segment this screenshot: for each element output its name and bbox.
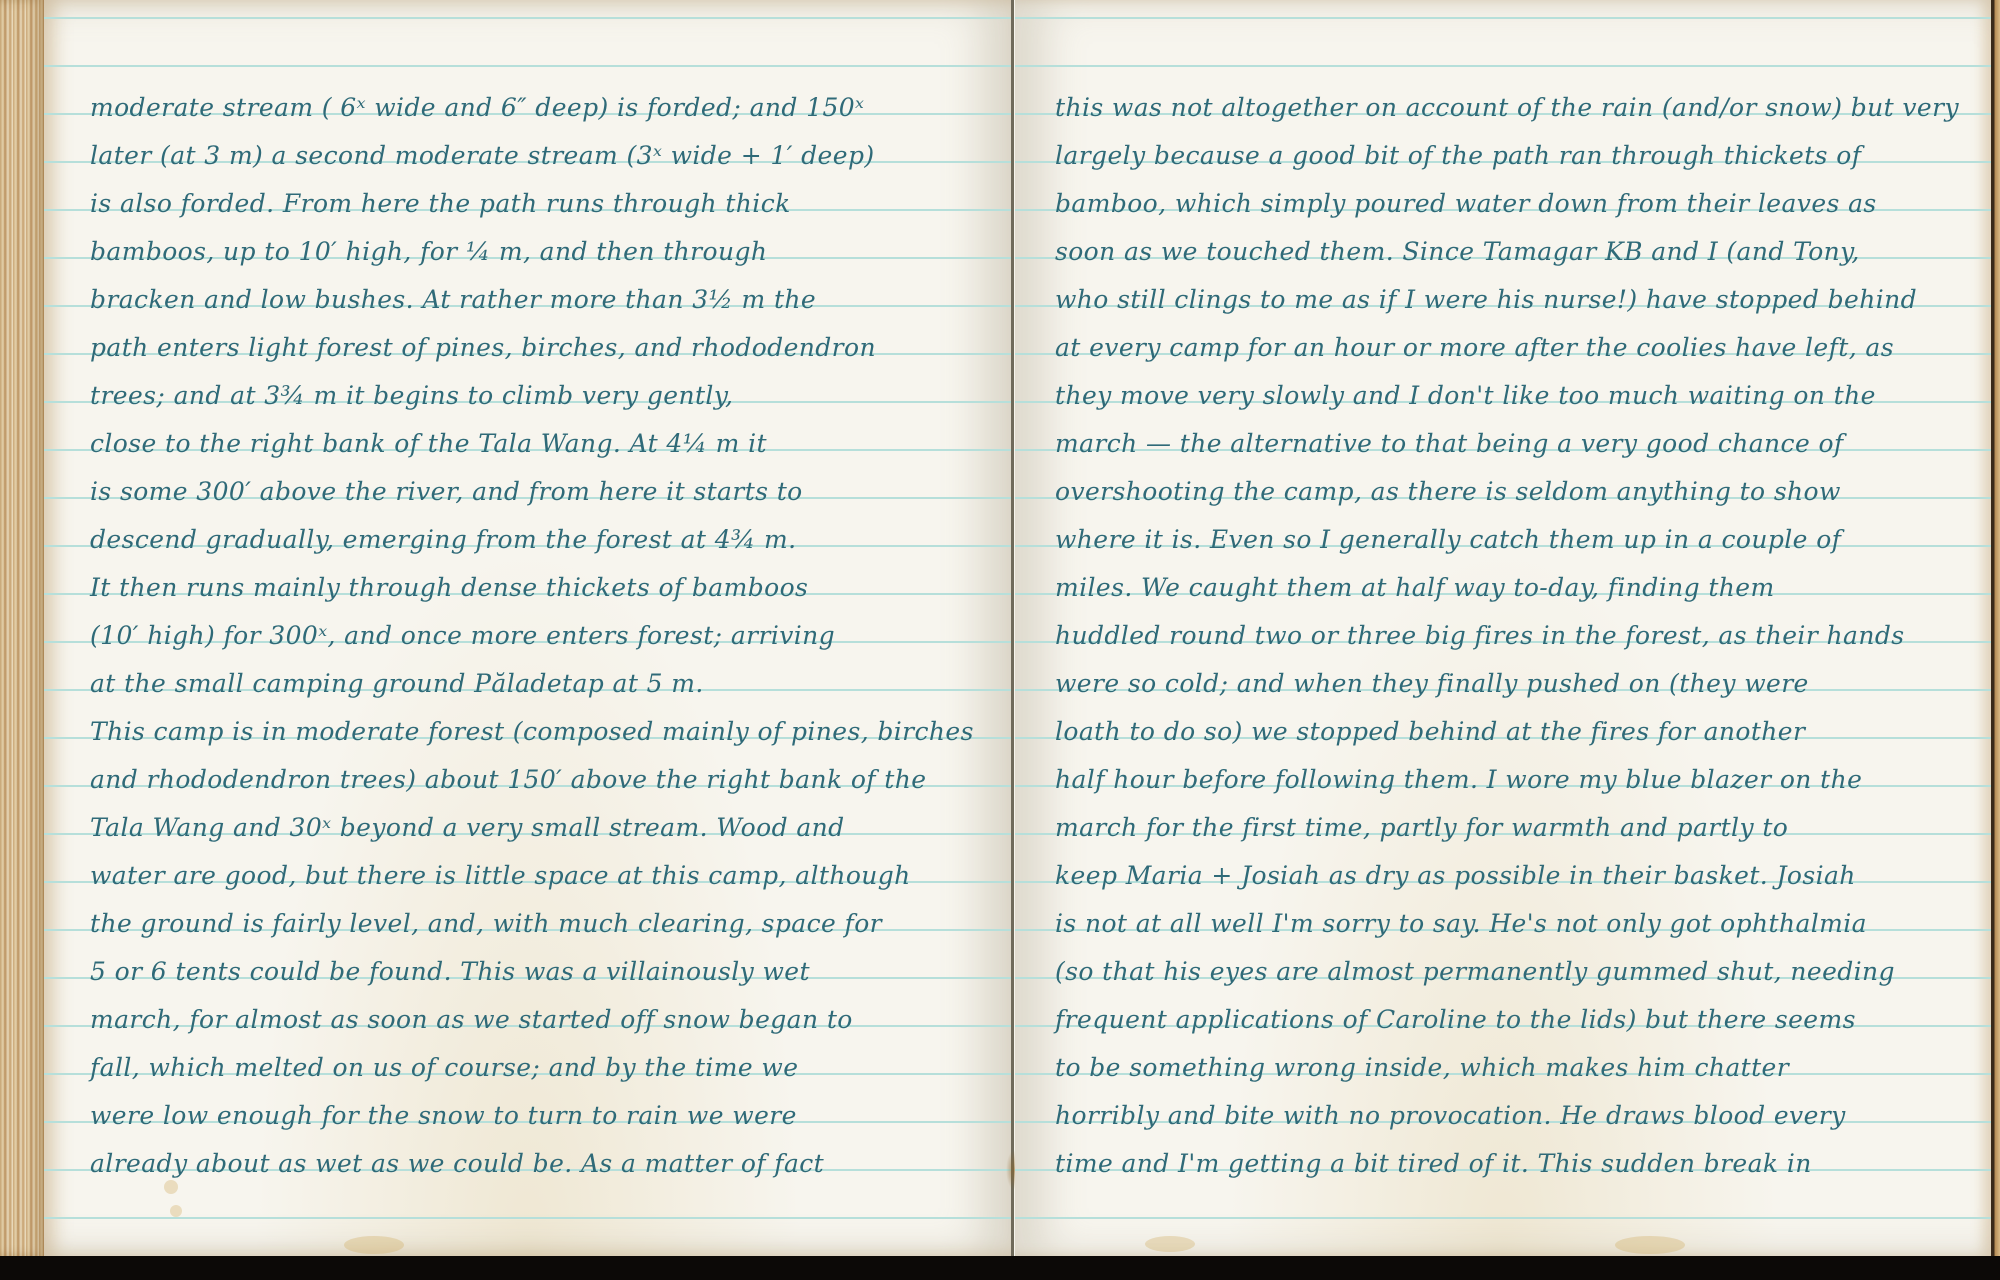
text-line: who still clings to me as if I were his … xyxy=(1055,276,1980,324)
text-line: miles. We caught them at half way to-day… xyxy=(1055,564,1980,612)
right-page-text: this was not altogether on account of th… xyxy=(1055,84,1980,1188)
text-line: largely because a good bit of the path r… xyxy=(1055,132,1980,180)
text-line: time and I'm getting a bit tired of it. … xyxy=(1055,1140,1980,1188)
text-line: to be something wrong inside, which make… xyxy=(1055,1044,1980,1092)
text-line: frequent applications of Caroline to the… xyxy=(1055,996,1980,1044)
left-page: moderate stream ( 6ˣ wide and 6″ deep) i… xyxy=(44,0,1012,1256)
text-line: is some 300′ above the river, and from h… xyxy=(90,468,990,516)
text-line: were so cold; and when they finally push… xyxy=(1055,660,1980,708)
text-line: This camp is in moderate forest (compose… xyxy=(90,708,990,756)
paper-stain xyxy=(1615,1236,1685,1254)
text-line: the ground is fairly level, and, with mu… xyxy=(90,900,990,948)
text-line: at the small camping ground Păladetap at… xyxy=(90,660,990,708)
text-line: (10′ high) for 300ˣ, and once more enter… xyxy=(90,612,990,660)
text-line: soon as we touched them. Since Tamagar K… xyxy=(1055,228,1980,276)
text-line: march — the alternative to that being a … xyxy=(1055,420,1980,468)
text-line: later (at 3 m) a second moderate stream … xyxy=(90,132,990,180)
paper-stain xyxy=(170,1205,182,1217)
text-line: overshooting the camp, as there is seldo… xyxy=(1055,468,1980,516)
cover-edge xyxy=(1991,0,2000,1256)
text-line: water are good, but there is little spac… xyxy=(90,852,990,900)
text-line: close to the right bank of the Tala Wang… xyxy=(90,420,990,468)
text-line: they move very slowly and I don't like t… xyxy=(1055,372,1980,420)
text-line: trees; and at 3¾ m it begins to climb ve… xyxy=(90,372,990,420)
text-line: this was not altogether on account of th… xyxy=(1055,84,1980,132)
text-line: were low enough for the snow to turn to … xyxy=(90,1092,990,1140)
text-line: where it is. Even so I generally catch t… xyxy=(1055,516,1980,564)
text-line: 5 or 6 tents could be found. This was a … xyxy=(90,948,990,996)
background-surface xyxy=(0,1256,2000,1280)
text-line: bamboo, which simply poured water down f… xyxy=(1055,180,1980,228)
text-line: half hour before following them. I wore … xyxy=(1055,756,1980,804)
gutter-crease xyxy=(1011,0,1014,1256)
text-line: horribly and bite with no provocation. H… xyxy=(1055,1092,1980,1140)
text-line: fall, which melted on us of course; and … xyxy=(90,1044,990,1092)
text-line: march, for almost as soon as we started … xyxy=(90,996,990,1044)
text-line: is also forded. From here the path runs … xyxy=(90,180,990,228)
text-line: huddled round two or three big fires in … xyxy=(1055,612,1980,660)
text-line: and rhododendron trees) about 150′ above… xyxy=(90,756,990,804)
right-page: this was not altogether on account of th… xyxy=(1015,0,1991,1256)
text-line: bamboos, up to 10′ high, for ¼ m, and th… xyxy=(90,228,990,276)
page-edge-stack xyxy=(0,0,44,1256)
text-line: Tala Wang and 30ˣ beyond a very small st… xyxy=(90,804,990,852)
text-line: descend gradually, emerging from the for… xyxy=(90,516,990,564)
text-line: at every camp for an hour or more after … xyxy=(1055,324,1980,372)
text-line: (so that his eyes are almost permanently… xyxy=(1055,948,1980,996)
left-page-text: moderate stream ( 6ˣ wide and 6″ deep) i… xyxy=(90,84,990,1188)
text-line: path enters light forest of pines, birch… xyxy=(90,324,990,372)
paper-stain xyxy=(1145,1236,1195,1252)
notebook-spread: moderate stream ( 6ˣ wide and 6″ deep) i… xyxy=(0,0,2000,1256)
text-line: march for the first time, partly for war… xyxy=(1055,804,1980,852)
text-line: is not at all well I'm sorry to say. He'… xyxy=(1055,900,1980,948)
text-line: moderate stream ( 6ˣ wide and 6″ deep) i… xyxy=(90,84,990,132)
text-line: loath to do so) we stopped behind at the… xyxy=(1055,708,1980,756)
text-line: keep Maria + Josiah as dry as possible i… xyxy=(1055,852,1980,900)
text-line: bracken and low bushes. At rather more t… xyxy=(90,276,990,324)
paper-stain xyxy=(344,1236,404,1254)
text-line: already about as wet as we could be. As … xyxy=(90,1140,990,1188)
text-line: It then runs mainly through dense thicke… xyxy=(90,564,990,612)
